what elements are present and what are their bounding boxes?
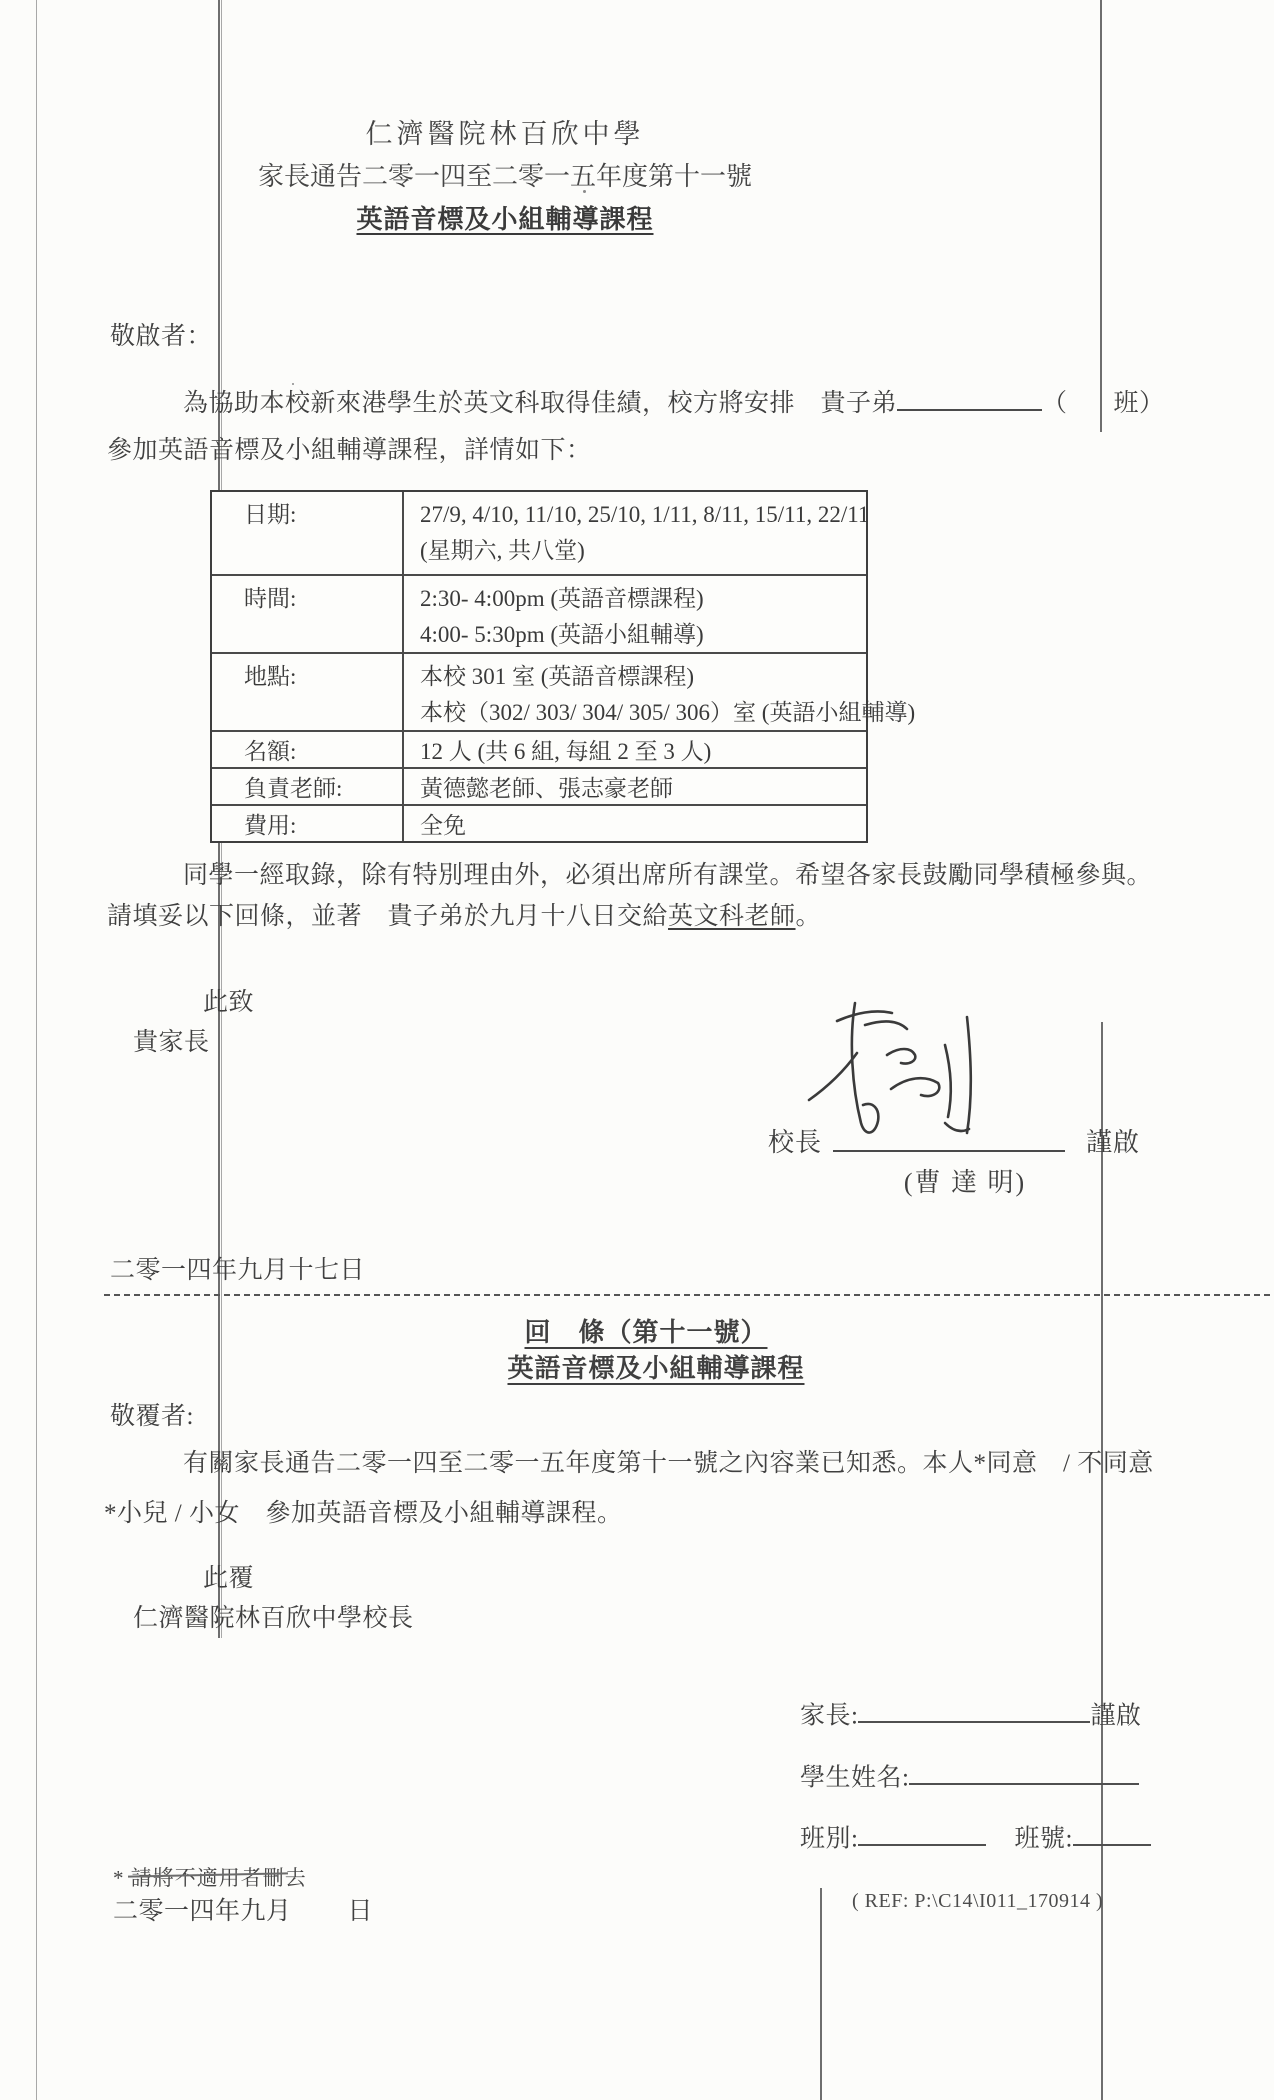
scan-artifact-topright-line [1100,0,1102,432]
class-number-label: 班號: [1014,1825,1072,1852]
course-details-table: 日期: 27/9, 4/10, 11/10, 25/10, 1/11, 8/11… [210,490,868,843]
class-label: 班別: [800,1825,858,1852]
scan-artifact-bottomright-line [1101,1022,1103,2100]
closing-recipient: 貴家長 [133,1022,210,1058]
table-row-value-date: 27/9, 4/10, 11/10, 25/10, 1/11, 8/11, 15… [404,492,866,574]
paragraph-1-text: 為協助本校新來港學生於英文科取得佳績，校方將安排 貴子弟 [183,390,897,417]
table-row-value-time: 2:30- 4:00pm (英語音標課程) 4:00- 5:30pm (英語小組… [404,574,866,652]
principal-label: 校長 [768,1122,822,1159]
table-row-value-quota: 12 人 (共 6 組, 每組 2 至 3 人) [404,730,866,767]
class-row: 班別:班號: [800,1818,1151,1854]
table-row-value-venue: 本校 301 室 (英語音標課程) 本校（302/ 303/ 304/ 305/… [404,652,866,730]
class-paren-close: 班） [1114,390,1165,417]
paragraph-1-line-2: 參加英語音標及小組輔導課程，詳情如下： [107,430,592,466]
table-row-label-teachers: 負責老師: [212,767,404,804]
principal-respectfully: 謹啟 [1086,1122,1140,1159]
table-row-label-time: 時間: [212,574,404,652]
table-row-label-fee: 費用: [212,804,404,841]
reply-closing: 此覆 [203,1558,254,1594]
letterhead: 仁濟醫院林百欣中學 家長通告二零一四至二零一五年度第十一號 英語音標及小組輔導課… [110,112,900,236]
student-name-label: 學生姓名: [800,1764,909,1791]
table-row-label-venue: 地點: [212,652,404,730]
reply-salutation: 敬覆者: [110,1396,194,1432]
paragraph-2-line-2: 請填妥以下回條，並著 貴子弟於九月十八日交給英文科老師。 [107,896,821,932]
class-paren-open: （ [1042,390,1068,417]
table-row-label-date: 日期: [212,492,404,574]
reply-paragraph-line-2: *小兒 / 小女 參加英語音標及小組輔導課程。 [104,1493,622,1529]
document-ref: ( REF: P:\C14\I011_170914 ) [852,1890,1103,1913]
notice-number-line: 家長通告二零一四至二零一五年度第十一號 [110,156,900,193]
notice-subject: 英語音標及小組輔導課程 [110,199,900,236]
table-row-value-fee: 全免 [404,804,866,841]
class-number-blank [1073,1818,1151,1846]
parent-respectfully: 謹啟 [1090,1702,1141,1729]
closing-cizhi: 此致 [203,982,254,1018]
letter-date: 二零一四年九月十七日 [110,1250,365,1286]
reply-date-prefix: 二零一四年九月 [113,1898,292,1925]
cut-here-dashed-line [104,1294,1270,1296]
student-name-blank [909,1757,1139,1785]
reply-recipient: 仁濟醫院林百欣中學校長 [133,1598,414,1634]
scanned-school-notice: 仁濟醫院林百欣中學 家長通告二零一四至二零一五年度第十一號 英語音標及小組輔導課… [0,0,1274,2100]
paragraph-2-line-1: 同學一經取錄，除有特別理由外，必須出席所有課堂。希望各家長鼓勵同學積極參與。 [183,855,1152,891]
reply-date-row: 二零一四年九月日 [113,1891,373,1927]
reply-paragraph-line-1: 有關家長通告二零一四至二零一五年度第十一號之內容業已知悉。本人*同意 / 不同意 [183,1443,1154,1479]
class-blank [858,1818,986,1846]
scan-edge-line [36,0,37,2100]
student-name-row: 學生姓名: [800,1757,1139,1793]
paragraph-1-line-1: 為協助本校新來港學生於英文科取得佳績，校方將安排 貴子弟（班） [183,383,1165,419]
salutation: 敬啟者： [110,316,212,352]
reply-slip-title: 回 條（第十一號） [446,1312,846,1349]
scan-artifact-bottom-line [820,1888,822,2100]
principal-name: (曹 達 明) [860,1162,1070,1199]
principal-signature [795,995,1025,1160]
parent-signature-blank [858,1695,1090,1723]
parent-signature-row: 家長:謹啟 [800,1695,1141,1731]
paragraph-2-line-2-prefix: 請填妥以下回條，並著 貴子弟於九月十八日交給 [107,903,668,930]
student-name-blank [897,384,1042,411]
english-teacher-underlined: 英文科老師 [668,903,796,930]
paragraph-2-line-2-suffix: 。 [796,903,822,930]
reply-slip-subject: 英語音標及小組輔導課程 [456,1348,856,1385]
reply-date-day-label: 日 [348,1898,374,1925]
parent-label: 家長: [800,1702,858,1729]
signature-line [833,1150,1065,1152]
table-row-label-quota: 名額: [212,730,404,767]
school-name: 仁濟醫院林百欣中學 [110,112,900,151]
table-row-value-teachers: 黃德懿老師、張志豪老師 [404,767,866,804]
